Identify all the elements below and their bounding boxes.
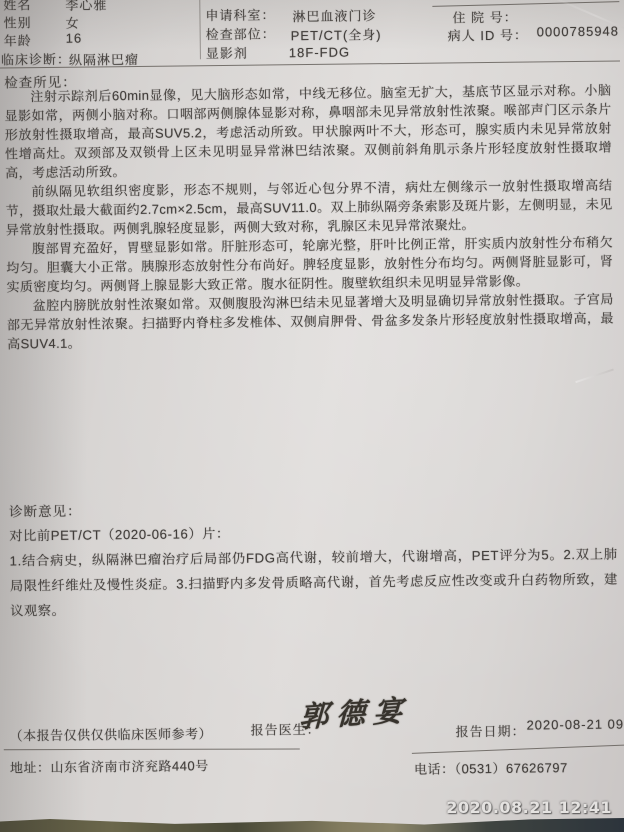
report-date-value: 2020-08-21 09 bbox=[526, 716, 624, 732]
age-value: 16 bbox=[66, 31, 83, 46]
impression-body: 1.结合病史，纵隔淋巴瘤治疗后局部仍FDG高代谢，较前增大，代谢增高，PET评分… bbox=[9, 542, 618, 624]
sex-label: 性别 bbox=[3, 12, 31, 31]
patient-id-label: 病人 ID 号： bbox=[448, 25, 528, 45]
camera-timestamp: 2020.08.21 12:41 bbox=[446, 798, 612, 817]
footer-disclaimer: （本报告仅供仅供临床医师参考） bbox=[9, 723, 212, 744]
address-value: 山东省济南市济兖路440号 bbox=[50, 758, 208, 775]
address-line: 地址：山东省济南市济兖路440号 bbox=[10, 755, 209, 776]
phone-value: （0531）67626797 bbox=[454, 760, 567, 776]
age-label: 年龄 bbox=[4, 30, 32, 49]
exam-site-label: 检查部位： bbox=[206, 23, 276, 43]
phone-line: 电话：（0531）67626797 bbox=[414, 757, 568, 778]
findings-paragraph: 前纵隔见软组织密度影，形态不规则，与邻近心包分界不清，病灶左侧缘示一放射性摄取增… bbox=[5, 176, 613, 240]
report-photo: 姓名 李心雅 性别 女 年龄 16 临床诊断： 纵隔淋巴瘤 申请科室： 淋巴血液… bbox=[0, 0, 624, 832]
tracer-value: 18F-FDG bbox=[289, 45, 350, 61]
report-date-label: 报告日期： bbox=[455, 721, 525, 741]
findings-paragraph: 盆腔内膀胱放射性浓聚如常。双侧腹股沟淋巴结未见显著增大及明显确切异常放射性摄取。… bbox=[7, 290, 615, 354]
impression-conclusions: 1.结合病史，纵隔淋巴瘤治疗后局部仍FDG高代谢，较前增大，代谢增高，PET评分… bbox=[9, 542, 618, 624]
impression-comparison: 对比前PET/CT（2020-06-16）片： bbox=[9, 523, 230, 544]
header-top-right-rule bbox=[432, 1, 619, 7]
impression-heading: 诊断意见： bbox=[9, 500, 82, 521]
exam-site-value: PET/CT(全身) bbox=[291, 24, 382, 44]
report-paper: 姓名 李心雅 性别 女 年龄 16 临床诊断： 纵隔淋巴瘤 申请科室： 淋巴血液… bbox=[0, 0, 624, 826]
phone-label: 电话： bbox=[414, 761, 455, 776]
findings-body: 注射示踪剂后60min显像，见大脑形态如常，中线无移位。脑室无扩大，基底节区显示… bbox=[4, 81, 614, 354]
report-document: 姓名 李心雅 性别 女 年龄 16 临床诊断： 纵隔淋巴瘤 申请科室： 淋巴血液… bbox=[0, 0, 624, 832]
sex-value: 女 bbox=[65, 13, 79, 32]
header-column-divider bbox=[199, 0, 201, 59]
patient-id-value: 0000785948 bbox=[537, 23, 619, 39]
findings-paragraph: 腹部胃充盈好，胃壁显影如常。肝脏形态可，轮廓光整，肝叶比例正常，肝实质内放射性分… bbox=[6, 233, 614, 297]
request-dept-value: 淋巴血液门诊 bbox=[292, 5, 376, 25]
request-dept-label: 申请科室： bbox=[205, 4, 275, 24]
address-label: 地址： bbox=[10, 760, 51, 775]
doctor-signature: 郭德宴 bbox=[299, 688, 411, 736]
admission-no-label: 住 院 号： bbox=[452, 7, 517, 27]
paper-crease bbox=[575, 368, 614, 383]
tracer-label: 显影剂 bbox=[206, 43, 248, 62]
footer-left-rule bbox=[4, 748, 300, 750]
findings-paragraph: 注射示踪剂后60min显像，见大脑形态如常，中线无移位。脑室无扩大，基底节区显示… bbox=[4, 81, 612, 183]
footer-right-rule bbox=[412, 744, 624, 753]
clinical-diagnosis-label: 临床诊断： bbox=[1, 49, 71, 69]
